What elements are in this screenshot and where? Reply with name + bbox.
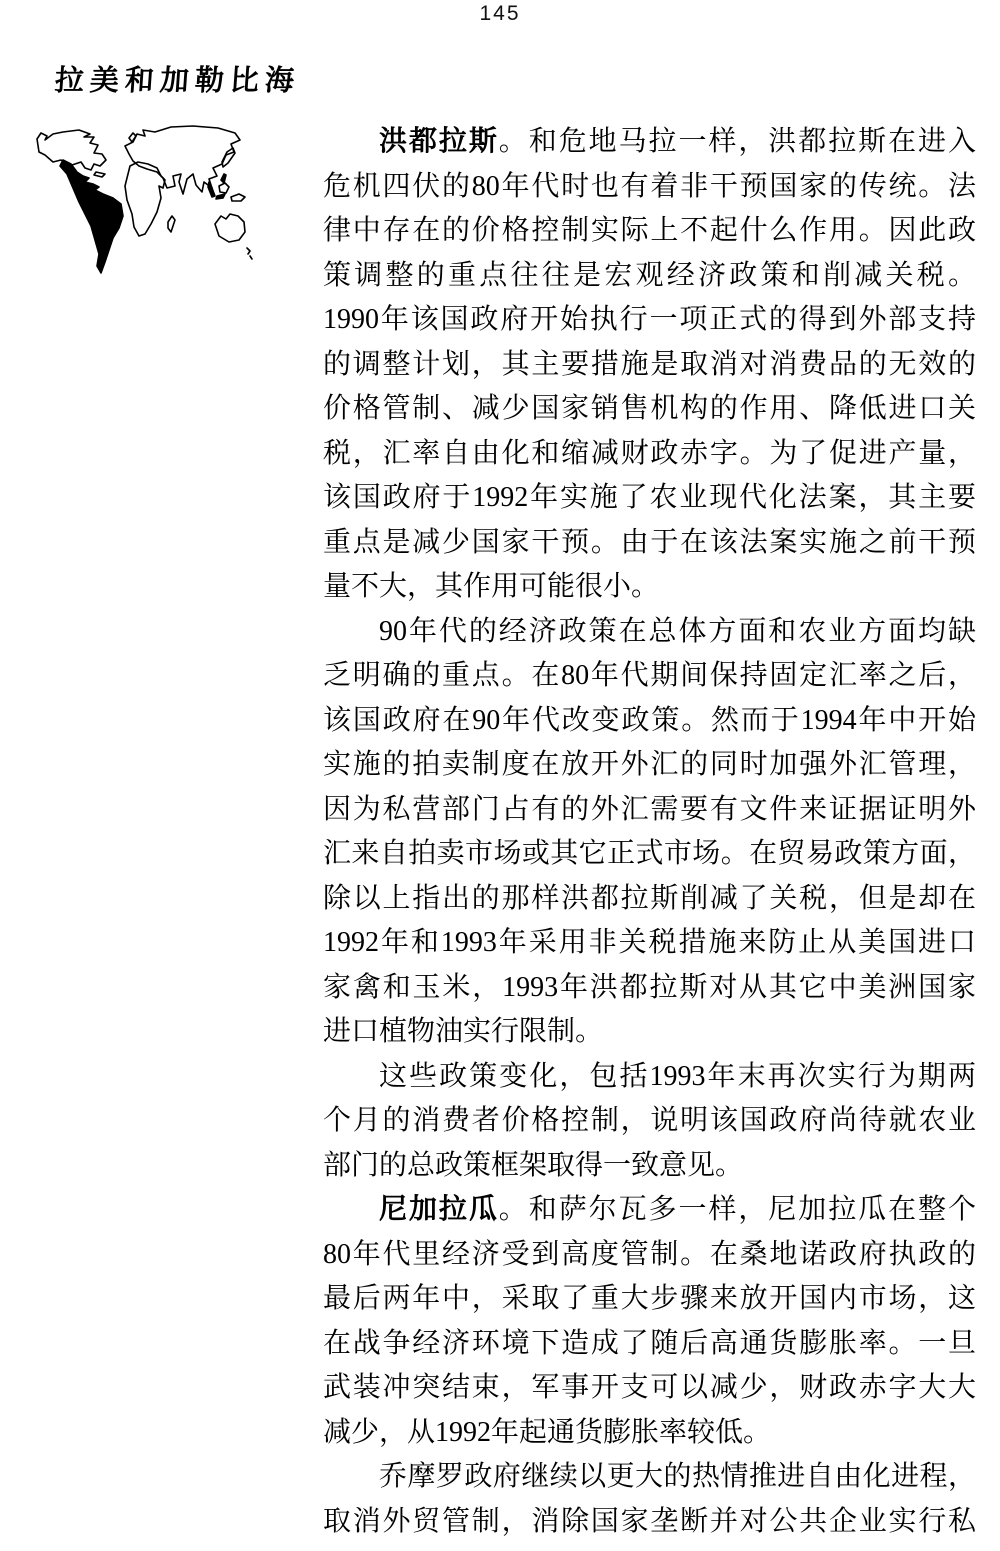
text-line-31: 乔摩罗政府继续以更大的热情推进自由化进程， xyxy=(323,1455,976,1500)
text-line-4: 策调整的重点往往是宏观经济政策和削减关税。 xyxy=(323,254,976,299)
scanned-book-page: { "page": { "number": "145" }, "header":… xyxy=(0,0,1000,1551)
text-line-14: 该国政府在90年代改变政策。然而于1994年中开始 xyxy=(323,699,976,744)
text-line-20: 家禽和玉米，1993年洪都拉斯对从其它中美洲国家 xyxy=(323,966,976,1011)
text-line-13: 乏明确的重点。在80年代期间保持固定汇率之后， xyxy=(323,654,976,699)
text-line-30: 减少，从1992年起通货膨胀率较低。 xyxy=(323,1411,976,1456)
text-line-32: 取消外贸管制，消除国家垄断并对公共企业实行私 xyxy=(323,1500,976,1545)
text-line-26: 80年代里经济受到高度管制。在桑地诺政府执政的 xyxy=(323,1233,976,1278)
text-line-29: 武装冲突结束，军事开支可以减少，财政赤字大大 xyxy=(323,1366,976,1411)
text-line-5: 1990年该国政府开始执行一项正式的得到外部支持 xyxy=(323,298,976,343)
text-line-17: 汇来自拍卖市场或其它正式市场。在贸易政策方面， xyxy=(323,832,976,877)
text-line-22: 这些政策变化，包括1993年末再次实行为期两 xyxy=(323,1055,976,1100)
new-zealand-outline xyxy=(247,248,252,259)
text-line-18: 除以上指出的那样洪都拉斯削减了关税，但是却在 xyxy=(323,877,976,922)
latin-america-filled xyxy=(60,160,123,273)
caribbean-islands-outline xyxy=(94,172,105,177)
section-title: 拉美和加勒比海 xyxy=(54,58,302,99)
country-name: 洪都拉斯 xyxy=(379,126,499,157)
text-line-2: 危机四伏的80年代时也有着非干预国家的传统。法 xyxy=(323,165,976,210)
text-line-15: 实施的拍卖制度在放开外汇的同时加强外汇管理， xyxy=(323,743,976,788)
body-text: 洪都拉斯。和危地马拉一样，洪都拉斯在进入危机四伏的80年代时也有着非干预国家的传… xyxy=(323,120,976,1544)
text-line-24: 部门的总政策框架取得一致意见。 xyxy=(323,1144,976,1189)
text-line-8: 税，汇率自由化和缩减财政赤字。为了促进产量， xyxy=(323,432,976,477)
text-line-11: 量不大，其作用可能很小。 xyxy=(323,565,976,610)
british-isles-outline xyxy=(129,133,136,142)
text-line-28: 在战争经济环境下造成了随后高通货膨胀率。一旦 xyxy=(323,1322,976,1367)
australia-outline xyxy=(215,214,245,242)
new-guinea-outline xyxy=(231,194,245,201)
world-map-latin-america-highlighted-icon xyxy=(33,124,259,288)
philippines-filled xyxy=(221,174,226,183)
africa-outline xyxy=(125,162,165,236)
text-line-6: 的调整计划，其主要措施是取消对消费品的无效的 xyxy=(323,343,976,388)
text-line-23: 个月的消费者价格控制，说明该国政府尚待就农业 xyxy=(323,1099,976,1144)
text-line-19: 1992年和1993年采用非关税措施来防止从美国进口 xyxy=(323,921,976,966)
java-filled xyxy=(216,194,225,199)
text-line-25: 尼加拉瓜。和萨尔瓦多一样，尼加拉瓜在整个 xyxy=(323,1188,976,1233)
text-line-1: 洪都拉斯。和危地马拉一样，洪都拉斯在进入 xyxy=(323,120,976,165)
text-line-3: 律中存在的价格控制实际上不起什么作用。因此政 xyxy=(323,209,976,254)
text-line-12: 90年代的经济政策在总体方面和农业方面均缺 xyxy=(323,610,976,655)
text-line-9: 该国政府于1992年实施了农业现代化法案，其主要 xyxy=(323,476,976,521)
world-map-figure xyxy=(33,124,259,288)
text-line-10: 重点是减少国家干预。由于在该法案实施之前干预 xyxy=(323,521,976,566)
country-name: 尼加拉瓜 xyxy=(379,1194,499,1225)
text-line-16: 因为私营部门占有的外汇需要有文件来证据证明外 xyxy=(323,788,976,833)
text-line-27: 最后两年中，采取了重大步骤来放开国内市场，这 xyxy=(323,1277,976,1322)
page-number: 145 xyxy=(0,2,1000,26)
madagascar-outline xyxy=(168,216,175,232)
text-line-21: 进口植物油实行限制。 xyxy=(323,1010,976,1055)
text-line-7: 价格管制、减少国家销售机构的作用、降低进口关 xyxy=(323,387,976,432)
borneo-outline xyxy=(219,183,229,193)
